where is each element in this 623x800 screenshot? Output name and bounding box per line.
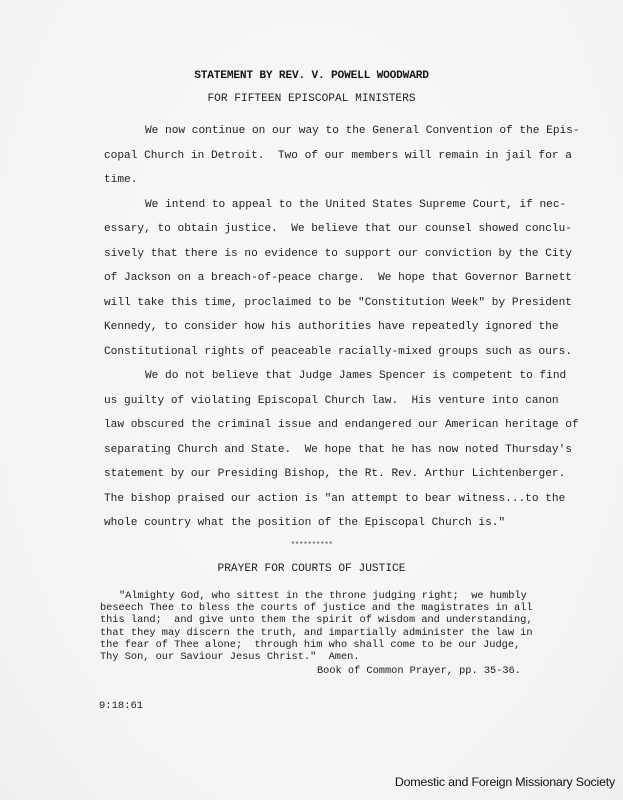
prayer-line: the fear of Thee alone; through him who … <box>100 639 550 651</box>
body-line: sively that there is no evidence to supp… <box>104 242 544 267</box>
body-line: Constitutional rights of peaceable racia… <box>104 340 544 365</box>
prayer-line: Thy Son, our Saviour Jesus Christ." Amen… <box>100 651 550 663</box>
body-line: will take this time, proclaimed to be "C… <box>104 291 544 316</box>
statement-body: We now continue on our way to the Genera… <box>104 119 544 536</box>
prayer-line: beseech Thee to bless the courts of just… <box>100 602 550 614</box>
prayer-line: this land; and give unto them the spirit… <box>100 614 550 626</box>
body-line: time. <box>104 168 544 193</box>
body-line: us guilty of violating Episcopal Church … <box>104 389 544 414</box>
body-line: copal Church in Detroit. Two of our memb… <box>104 144 544 169</box>
prayer-line: that they may discern the truth, and imp… <box>100 627 550 639</box>
section-separator: ********** <box>0 541 623 550</box>
body-line: essary, to obtain justice. We believe th… <box>104 217 544 242</box>
archive-credit: Domestic and Foreign Missionary Society <box>395 775 615 789</box>
body-line: We intend to appeal to the United States… <box>104 193 544 218</box>
body-line: whole country what the position of the E… <box>104 511 544 536</box>
document-date: 9:18:61 <box>99 700 143 712</box>
body-line: We do not believe that Judge James Spenc… <box>104 364 544 389</box>
body-line: We now continue on our way to the Genera… <box>104 119 544 144</box>
body-line: separating Church and State. We hope tha… <box>104 438 544 463</box>
document-subtitle: FOR FIFTEEN EPISCOPAL MINISTERS <box>0 93 623 105</box>
body-line: Kennedy, to consider how his authorities… <box>104 315 544 340</box>
prayer-text: "Almighty God, who sittest in the throne… <box>100 590 550 663</box>
body-line: statement by our Presiding Bishop, the R… <box>104 462 544 487</box>
prayer-citation: Book of Common Prayer, pp. 35-36. <box>317 665 521 677</box>
body-line: law obscured the criminal issue and enda… <box>104 413 544 438</box>
prayer-line: "Almighty God, who sittest in the throne… <box>100 590 550 602</box>
prayer-title: PRAYER FOR COURTS OF JUSTICE <box>0 563 623 575</box>
document-page: STATEMENT BY REV. V. POWELL WOODWARD FOR… <box>0 0 623 800</box>
body-line: The bishop praised our action is "an att… <box>104 487 544 512</box>
body-line: of Jackson on a breach-of-peace charge. … <box>104 266 544 291</box>
document-title: STATEMENT BY REV. V. POWELL WOODWARD <box>0 70 623 82</box>
